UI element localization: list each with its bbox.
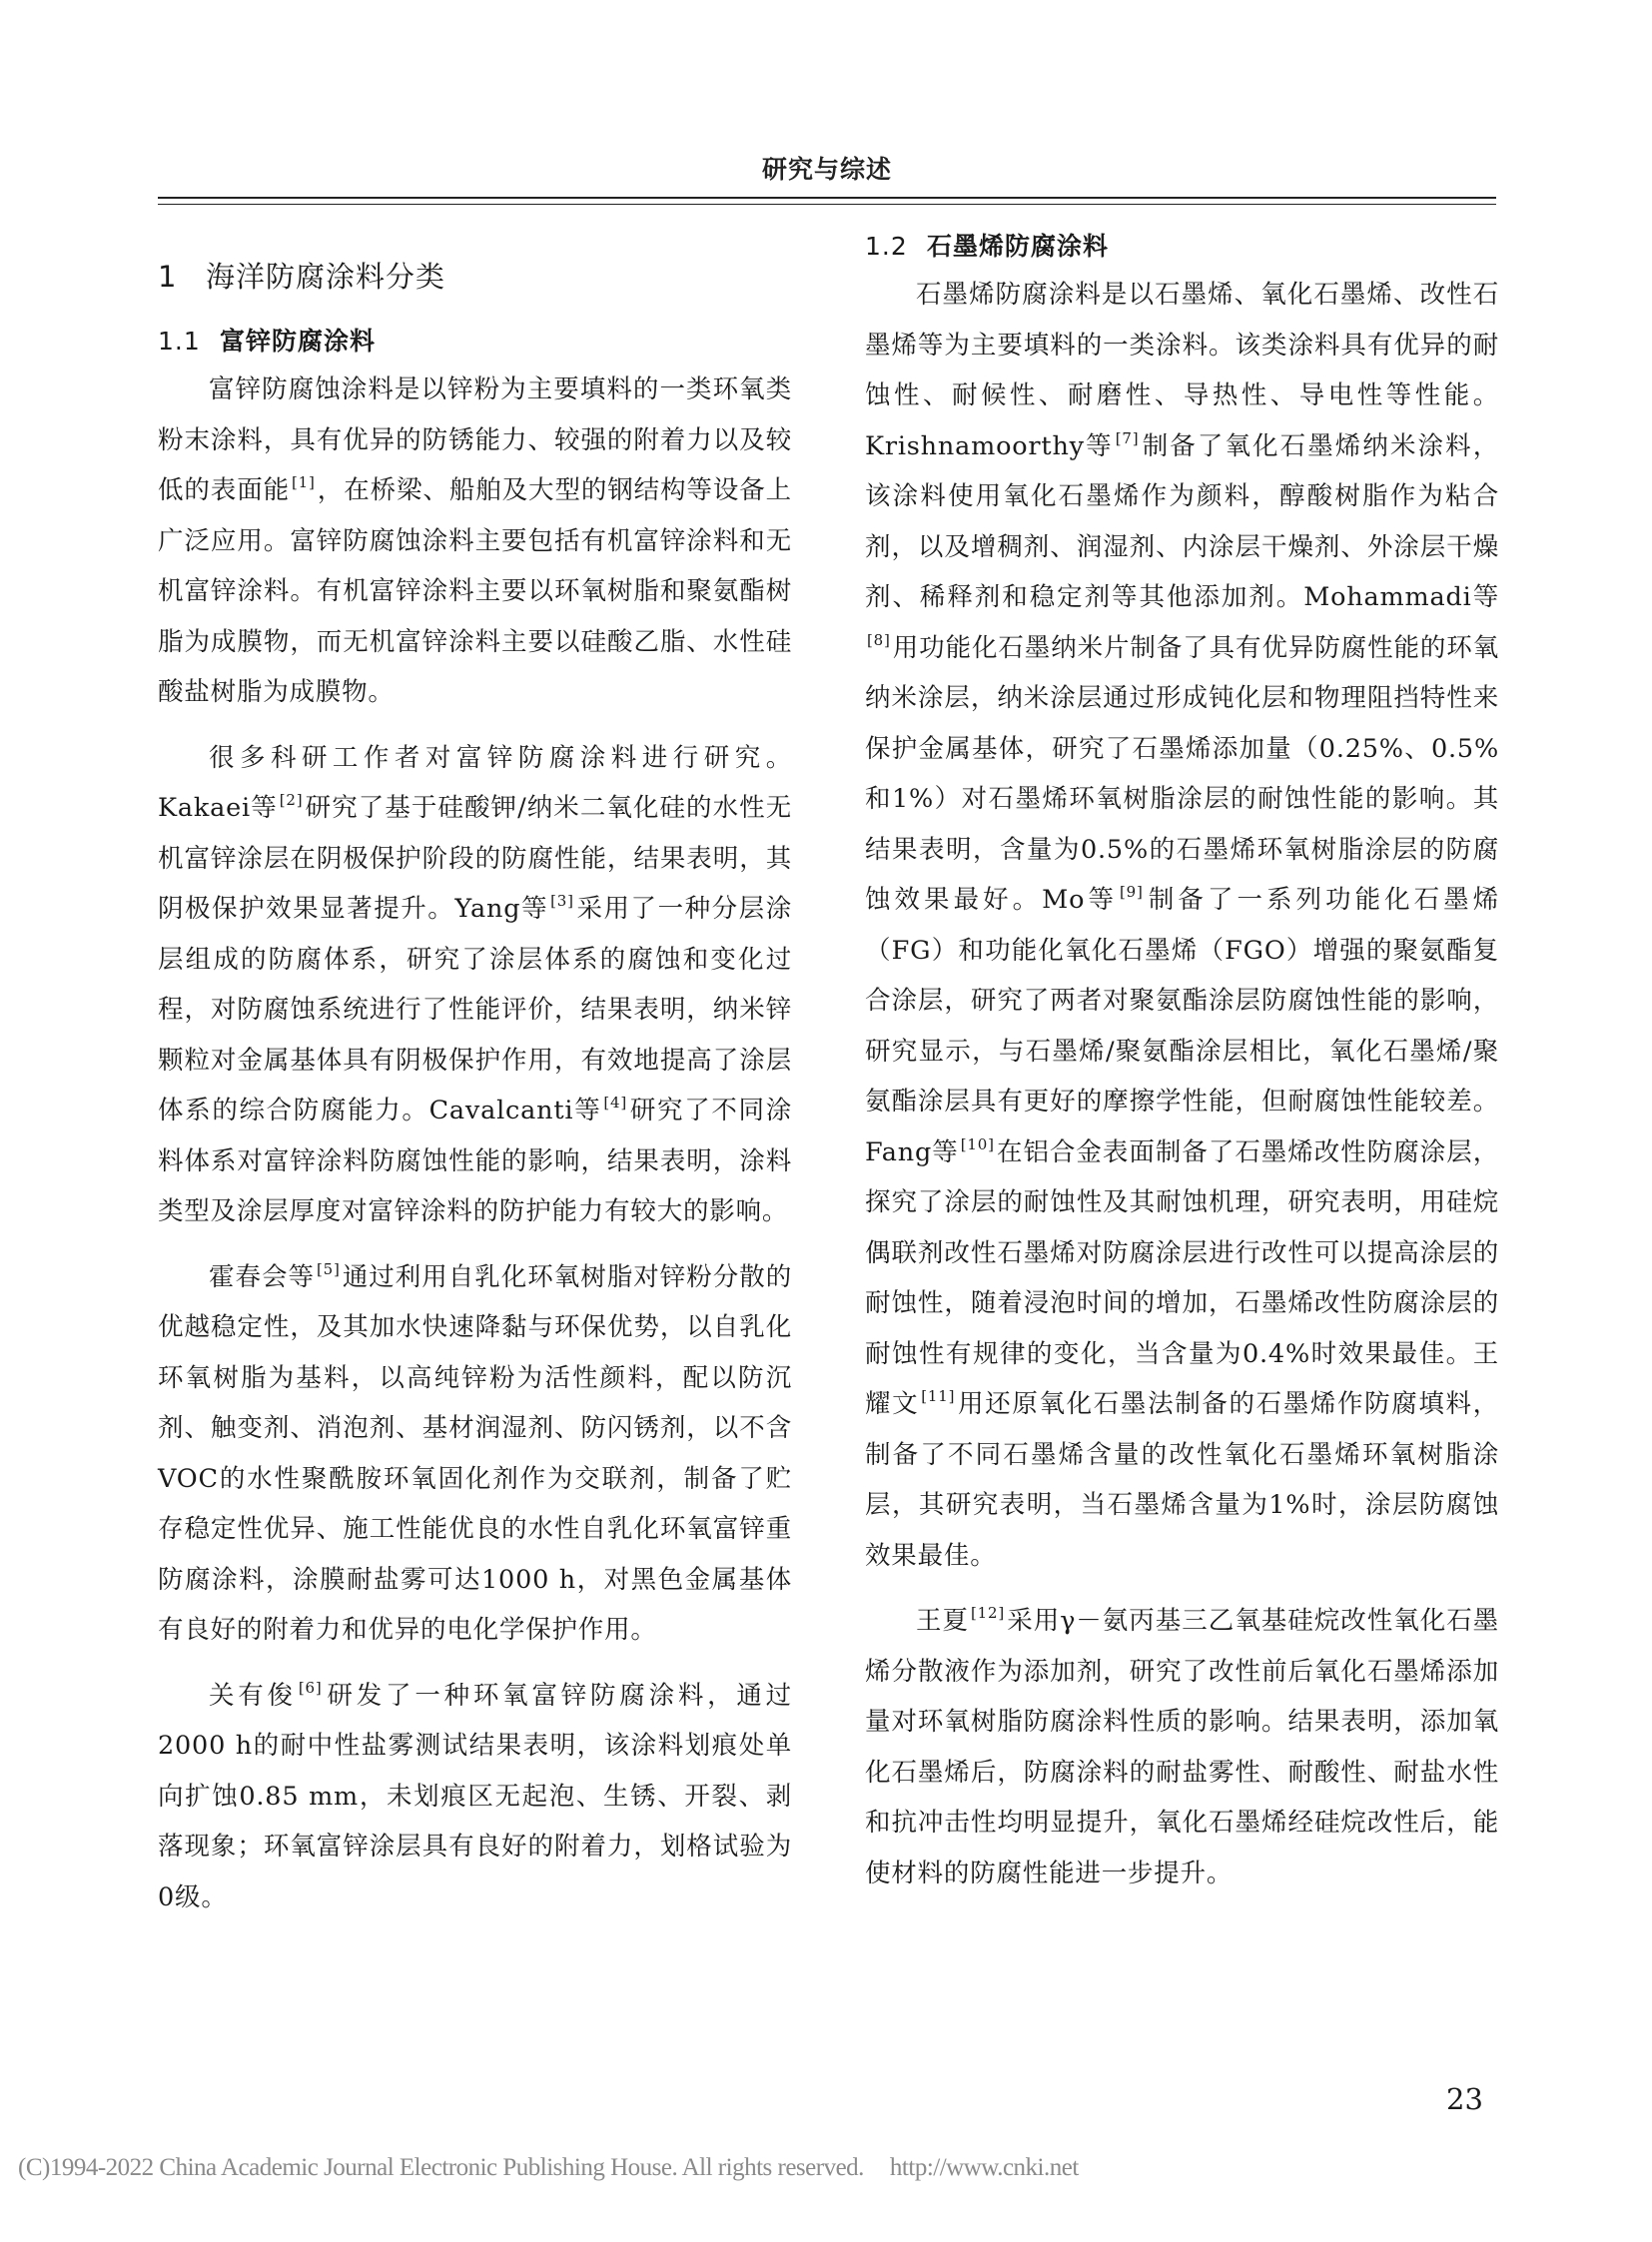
citation-reference[interactable]: [7] [1116, 429, 1140, 447]
citation-reference[interactable]: [10] [961, 1135, 995, 1153]
left-column: 1海洋防腐涂料分类 1.1富锌防腐涂料 富锌防腐蚀涂料是以锌粉为主要填料的一类环… [158, 225, 792, 1922]
paragraph-text: ，在桥梁、船舶及大型的钢结构等设备上广泛应用。富锌防腐蚀涂料主要包括有机富锌涂料… [158, 475, 792, 707]
citation-reference[interactable]: [2] [280, 791, 304, 809]
section-title: 海洋防腐涂料分类 [206, 260, 445, 294]
paragraph-text: 采用了一种分层涂层组成的防腐体系，研究了涂层体系的腐蚀和变化过程，对防腐蚀系统进… [158, 894, 792, 1125]
citation-reference[interactable]: [8] [867, 631, 891, 649]
paragraph-text: 用还原氧化石墨法制备的石墨烯作防腐填料，制备了不同石墨烯含量的改性氧化石墨烯环氧… [865, 1389, 1499, 1571]
paragraph-text: 在铝合金表面制备了石墨烯改性防腐涂层，探究了涂层的耐蚀性及其耐蚀机理，研究表明，… [865, 1137, 1499, 1420]
citation-reference[interactable]: [5] [317, 1260, 341, 1278]
body-paragraph: 关有俊[6]研发了一种环氧富锌防腐涂料，通过2000 h的耐中性盐雾测试结果表明… [158, 1671, 792, 1923]
paragraph-text: 制备了一系列功能化石墨烯（FG）和功能化氧化石墨烯（FGO）增强的聚氨酯复合涂层… [865, 885, 1499, 1167]
paragraph-text: 王夏 [916, 1606, 969, 1636]
body-paragraph: 霍春会等[5]通过利用自乳化环氧树脂对锌粉分散的优越稳定性，及其加水快速降黏与环… [158, 1252, 792, 1656]
citation-reference[interactable]: [4] [603, 1094, 627, 1112]
right-paragraphs: 石墨烯防腐涂料是以石墨烯、氧化石墨烯、改性石墨烯等为主要填料的一类涂料。该类涂料… [865, 270, 1499, 1898]
paragraph-text: 关有俊 [209, 1681, 297, 1711]
citation-reference[interactable]: [12] [971, 1604, 1005, 1622]
citation-reference[interactable]: [9] [1120, 883, 1144, 901]
footer-url-link[interactable]: http://www.cnki.net [890, 2154, 1079, 2181]
subsection-heading-1-2: 1.2石墨烯防腐涂料 [865, 228, 1499, 266]
page-number: 23 [1446, 2082, 1483, 2116]
citation-reference[interactable]: [6] [299, 1679, 323, 1697]
body-paragraph: 石墨烯防腐涂料是以石墨烯、氧化石墨烯、改性石墨烯等为主要填料的一类涂料。该类涂料… [865, 270, 1499, 1581]
paragraph-text: 研发了一种环氧富锌防腐涂料，通过2000 h的耐中性盐雾测试结果表明，该涂料划痕… [158, 1681, 792, 1912]
running-header-section-label: 研究与综述 [158, 150, 1496, 186]
paragraph-text: 用功能化石墨纳米片制备了具有优异防腐性能的环氧纳米涂层，纳米涂层通过形成钝化层和… [865, 633, 1499, 916]
right-column: 1.2石墨烯防腐涂料 石墨烯防腐涂料是以石墨烯、氧化石墨烯、改性石墨烯等为主要填… [865, 228, 1499, 1898]
subsection-title: 石墨烯防腐涂料 [927, 232, 1109, 261]
section-heading-1: 1海洋防腐涂料分类 [158, 257, 792, 297]
body-paragraph: 富锌防腐蚀涂料是以锌粉为主要填料的一类环氧类粉末涂料，具有优异的防锈能力、较强的… [158, 365, 792, 718]
paragraph-text: 采用γ－氨丙基三乙氧基硅烷改性氧化石墨烯分散液作为添加剂，研究了改性前后氧化石墨… [865, 1606, 1499, 1888]
body-paragraph: 很多科研工作者对富锌防腐涂料进行研究。Kakaei等[2]研究了基于硅酸钾/纳米… [158, 733, 792, 1237]
subsection-number: 1.1 [158, 323, 220, 361]
paragraph-text: 通过利用自乳化环氧树脂对锌粉分散的优越稳定性，及其加水快速降黏与环保优势，以自乳… [158, 1262, 792, 1646]
left-paragraphs: 富锌防腐蚀涂料是以锌粉为主要填料的一类环氧类粉末涂料，具有优异的防锈能力、较强的… [158, 365, 792, 1922]
subsection-title: 富锌防腐涂料 [220, 327, 376, 356]
copyright-text: (C)1994-2022 China Academic Journal Elec… [18, 2154, 864, 2181]
citation-reference[interactable]: [1] [292, 473, 316, 491]
header-double-rule [158, 197, 1496, 205]
subsection-number: 1.2 [865, 228, 927, 266]
subsection-heading-1-1: 1.1富锌防腐涂料 [158, 323, 792, 361]
body-paragraph: 王夏[12]采用γ－氨丙基三乙氧基硅烷改性氧化石墨烯分散液作为添加剂，研究了改性… [865, 1596, 1499, 1898]
citation-reference[interactable]: [11] [921, 1387, 955, 1405]
section-number: 1 [158, 257, 206, 297]
citation-reference[interactable]: [3] [550, 892, 574, 910]
copyright-footer: (C)1994-2022 China Academic Journal Elec… [18, 2154, 1079, 2182]
paragraph-text: 霍春会等 [209, 1262, 315, 1292]
